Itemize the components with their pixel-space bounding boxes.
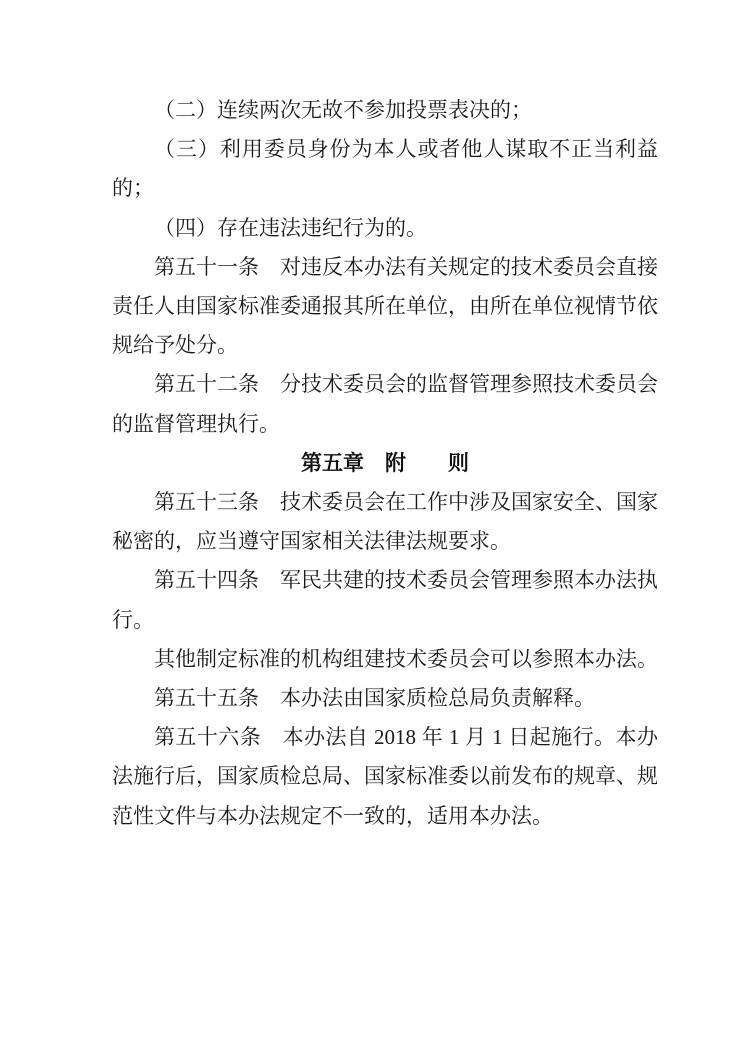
article-53-paragraph: 第五十三条 技术委员会在工作中涉及国家安全、国家秘密的，应当遵守国家相关法律法规…: [112, 483, 658, 561]
document-page: （二）连续两次无故不参加投票表决的； （三）利用委员身份为本人或者他人谋取不正当…: [0, 0, 750, 1060]
article-51-paragraph: 第五十一条 对违反本办法有关规定的技术委员会直接责任人由国家标准委通报其所在单位…: [112, 248, 658, 366]
chapter-5-heading: 第五章 附 则: [112, 444, 658, 483]
document-content: （二）连续两次无故不参加投票表决的； （三）利用委员身份为本人或者他人谋取不正当…: [112, 91, 658, 836]
article-52-paragraph: 第五十二条 分技术委员会的监督管理参照技术委员会的监督管理执行。: [112, 365, 658, 443]
clause-item-4: （四）存在违法违纪行为的。: [112, 209, 658, 248]
article-55-paragraph: 第五十五条 本办法由国家质检总局负责解释。: [112, 679, 658, 718]
other-bodies-paragraph: 其他制定标准的机构组建技术委员会可以参照本办法。: [112, 640, 658, 679]
clause-item-3: （三）利用委员身份为本人或者他人谋取不正当利益的；: [112, 130, 658, 208]
clause-item-2: （二）连续两次无故不参加投票表决的；: [112, 91, 658, 130]
article-54-paragraph: 第五十四条 军民共建的技术委员会管理参照本办法执行。: [112, 561, 658, 639]
article-56-paragraph: 第五十六条 本办法自 2018 年 1 月 1 日起施行。本办法施行后，国家质检…: [112, 718, 658, 836]
